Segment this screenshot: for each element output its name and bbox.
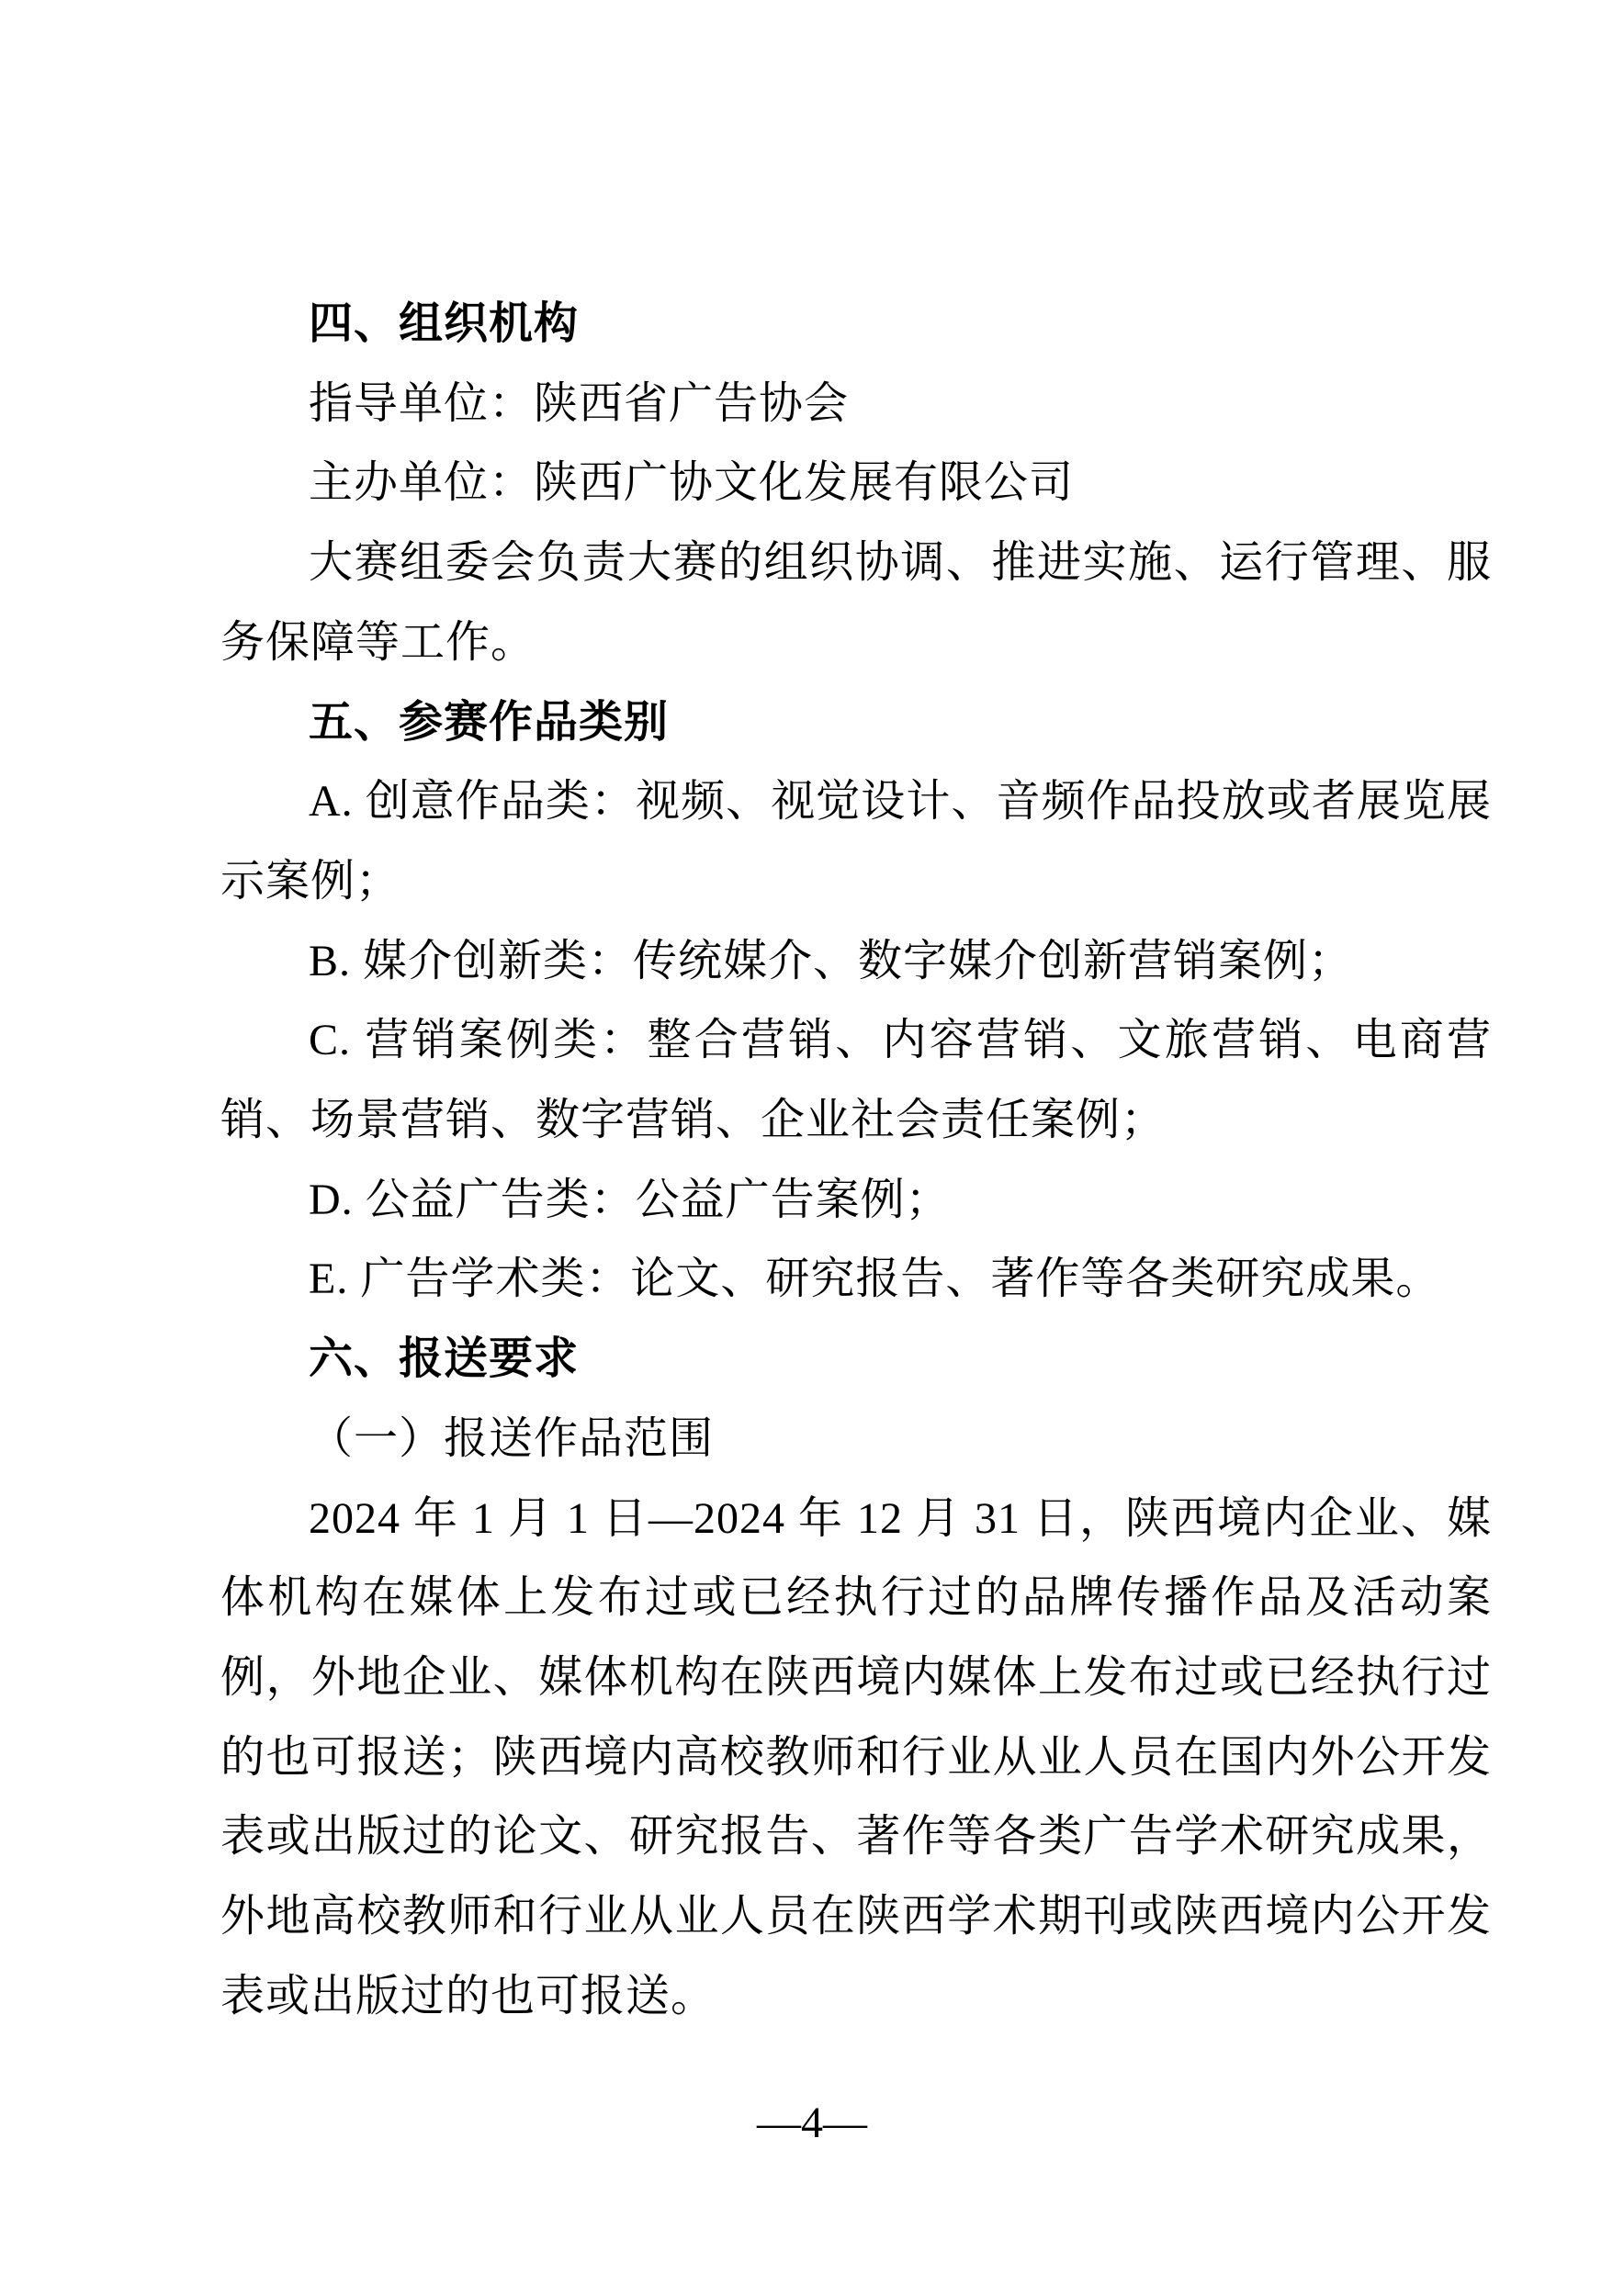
paragraph-committee-duties: 大赛组委会负责大赛的组织协调、推进实施、运行管理、服务保障等工作。 bbox=[220, 523, 1492, 682]
paragraph-host-unit: 主办单位：陕西广协文化发展有限公司 bbox=[220, 444, 1492, 523]
section-heading-organization: 四、组织机构 bbox=[220, 285, 1492, 365]
section-heading-submission-requirements: 六、报送要求 bbox=[220, 1320, 1492, 1400]
document-body: 四、组织机构 指导单位：陕西省广告协会 主办单位：陕西广协文化发展有限公司 大赛… bbox=[220, 285, 1492, 2036]
page-footer: —4— bbox=[0, 2098, 1624, 2149]
category-item-b-media-innovation: B. 媒介创新类：传统媒介、数字媒介创新营销案例； bbox=[220, 922, 1492, 1002]
subsection-heading-submission-scope: （一）报送作品范围 bbox=[220, 1400, 1492, 1480]
category-item-e-advertising-academic: E. 广告学术类：论文、研究报告、著作等各类研究成果。 bbox=[220, 1240, 1492, 1320]
category-item-d-public-service-ads: D. 公益广告类：公益广告案例； bbox=[220, 1161, 1492, 1241]
paragraph-guiding-unit: 指导单位：陕西省广告协会 bbox=[220, 365, 1492, 445]
document-page: 四、组织机构 指导单位：陕西省广告协会 主办单位：陕西广协文化发展有限公司 大赛… bbox=[0, 0, 1624, 2296]
section-heading-entry-categories: 五、参赛作品类别 bbox=[220, 683, 1492, 763]
paragraph-submission-scope-details: 2024 年 1 月 1 日—2024 年 12 月 31 日，陕西境内企业、媒… bbox=[220, 1480, 1492, 2037]
page-number: —4— bbox=[757, 2099, 867, 2147]
category-item-a-creative-works: A. 创意作品类：视频、视觉设计、音频作品投放或者展览展示案例； bbox=[220, 762, 1492, 921]
category-item-c-marketing-cases: C. 营销案例类：整合营销、内容营销、文旅营销、电商营销、场景营销、数字营销、企… bbox=[220, 1001, 1492, 1160]
